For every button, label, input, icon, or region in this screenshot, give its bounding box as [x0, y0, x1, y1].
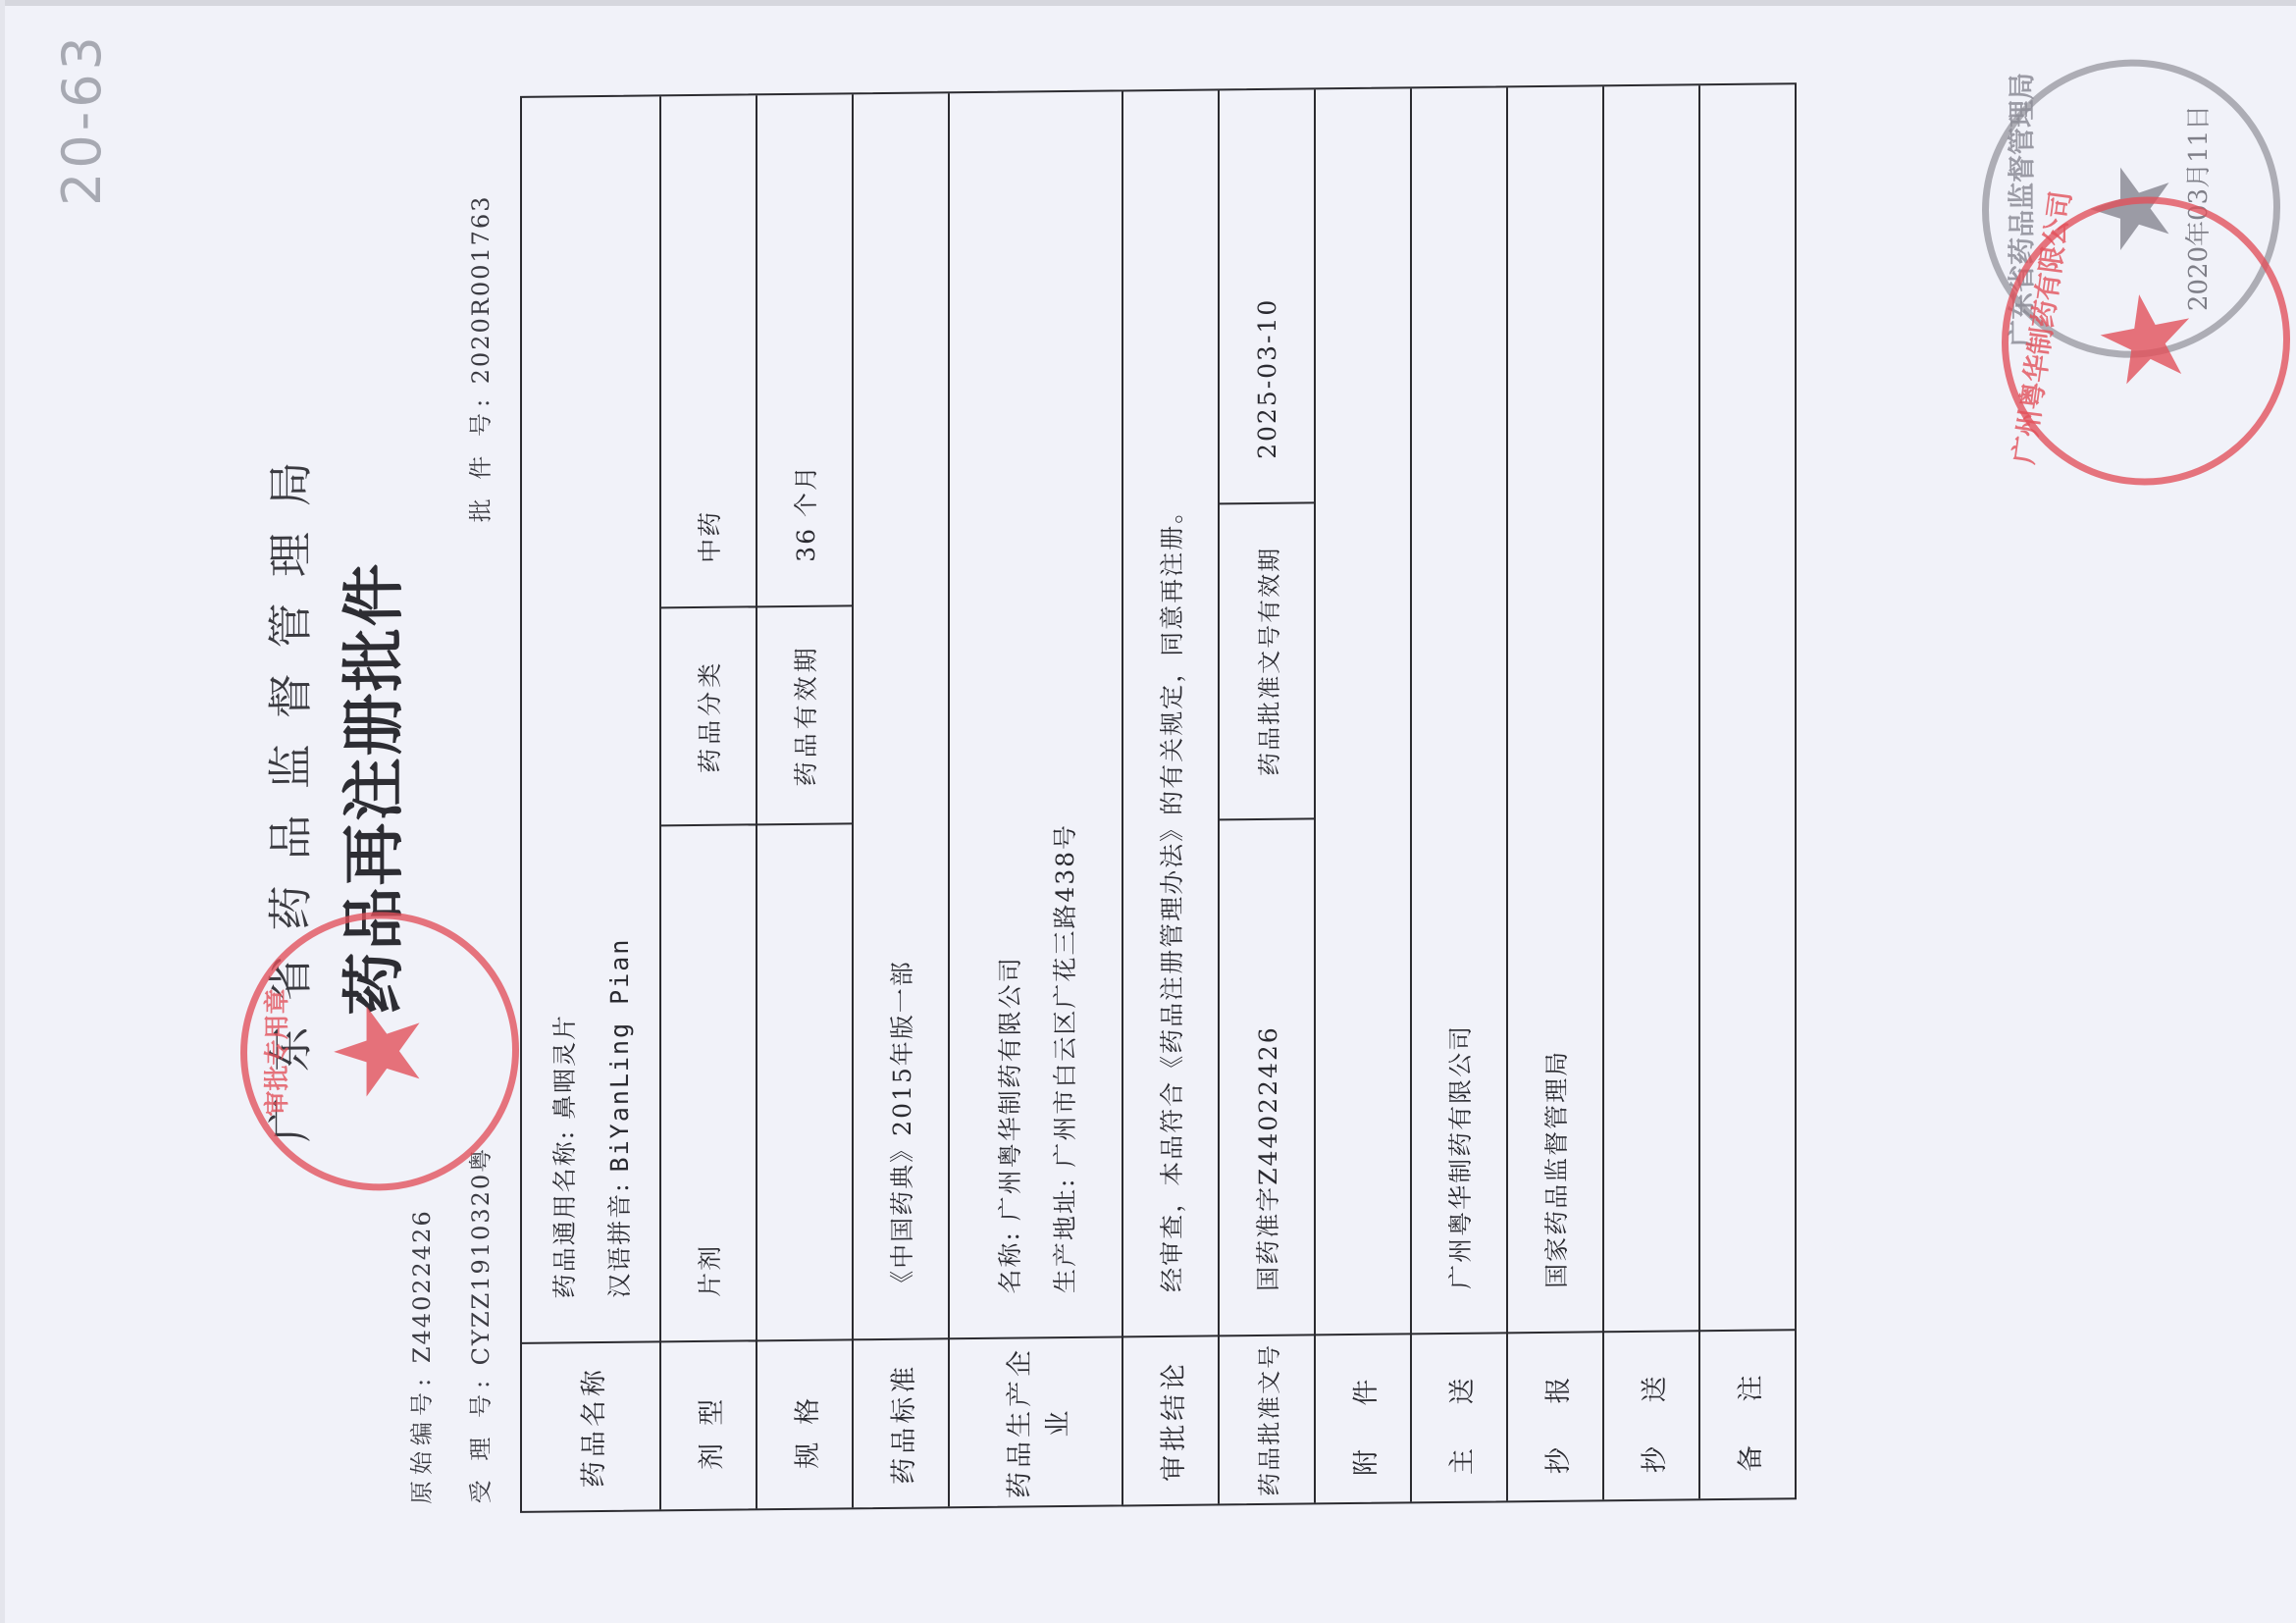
star-icon: ★: [2080, 281, 2212, 400]
row-copy-to: 抄 送: [1602, 85, 1698, 1499]
row-approval-doc: 药品批准文号 国药准字Z44022426 药品批准文号有效期 2025-03-1…: [1218, 89, 1314, 1503]
acceptance-number: CYZZ1910320粤: [467, 1147, 495, 1366]
manufacturer-name-label: 名称:: [996, 1230, 1024, 1294]
original-number: Z44022426: [408, 1209, 436, 1363]
pinyin: BiYanLing Pian: [605, 938, 634, 1173]
generic-name-label: 药品通用名称:: [550, 1129, 579, 1299]
label-approval-doc: 药品批准文号: [1220, 1334, 1314, 1503]
row-standard: 药品标准 《中国药典》2015年版一部: [852, 93, 948, 1507]
dosage-form-value: 片剂: [661, 823, 756, 1340]
approval-table: 药品名称 药品通用名称: 鼻咽灵片 汉语拼音: BiYanLing Pian 剂…: [520, 82, 1797, 1513]
manufacturer-name: 广州粤华制药有限公司: [996, 956, 1024, 1221]
conclusion-value: 经审查，本品符合《药品注册管理办法》的有关规定，同意再注册。: [1153, 91, 1188, 1292]
main-recipient-value: 广州粤华制药有限公司: [1441, 88, 1477, 1289]
scan-edge-left: [0, 0, 5, 1623]
label-dosage-form: 剂型: [661, 1339, 756, 1509]
generic-name: 鼻咽灵片: [550, 1014, 579, 1120]
specification-value: [757, 822, 852, 1339]
row-remarks: 备 注: [1698, 84, 1795, 1498]
approval-number: 2020R001763: [467, 194, 495, 384]
row-attachment: 附 件: [1314, 88, 1410, 1502]
manufacturer-address-label: 生产地址:: [1051, 1177, 1079, 1293]
original-number-label: 原始编号:: [408, 1373, 436, 1504]
approval-validity-value: 2025-03-10: [1220, 89, 1314, 502]
header-seal-text: 审批专用章: [257, 988, 293, 1116]
label-report-to: 抄 报: [1508, 1331, 1602, 1500]
scan-edge-top: [0, 0, 2296, 6]
shelf-life-value: 36 个月: [757, 94, 852, 605]
original-number-line: 原始编号: Z44022426: [402, 1209, 437, 1504]
label-remarks: 备 注: [1700, 1329, 1795, 1498]
issuing-agency: 广东省药品监督管理局: [255, 63, 320, 1516]
row-main-recipient: 主 送 广州粤华制药有限公司: [1410, 87, 1506, 1501]
label-main-recipient: 主 送: [1412, 1332, 1506, 1501]
handwritten-note: 20-63: [51, 32, 113, 206]
label-approval-validity: 药品批准文号有效期: [1220, 501, 1314, 818]
label-specification: 规格: [757, 1338, 852, 1508]
label-manufacturer: 药品生产企业: [950, 1335, 1122, 1506]
label-drug-name: 药品名称: [522, 1340, 659, 1510]
label-category: 药品分类: [661, 605, 756, 824]
acceptance-number-line: 受 理 号: CYZZ1910320粤: [461, 1147, 496, 1504]
label-shelf-life: 药品有效期: [757, 604, 852, 823]
category-value: 中药: [661, 95, 756, 606]
document-title: 药品再注册批件: [324, 62, 414, 1515]
row-report-to: 抄 报 国家药品监督管理局: [1506, 86, 1602, 1500]
label-copy-to: 抄 送: [1604, 1330, 1698, 1499]
row-drug-name: 药品名称 药品通用名称: 鼻咽灵片 汉语拼音: BiYanLing Pian: [522, 96, 659, 1510]
approval-doc-value: 国药准字Z44022426: [1220, 817, 1314, 1335]
pinyin-label: 汉语拼音:: [605, 1181, 634, 1298]
acceptance-number-label: 受 理 号:: [467, 1375, 495, 1504]
report-to-value: 国家药品监督管理局: [1538, 87, 1573, 1288]
label-conclusion: 审批结论: [1123, 1335, 1218, 1504]
row-specification: 规格 药品有效期 36 个月: [756, 94, 852, 1508]
row-manufacturer: 药品生产企业 名称: 广州粤华制药有限公司 生产地址: 广州市白云区广花三路43…: [948, 91, 1122, 1506]
label-attachment: 附 件: [1316, 1333, 1410, 1502]
row-conclusion: 审批结论 经审查，本品符合《药品注册管理办法》的有关规定，同意再注册。: [1122, 90, 1218, 1504]
star-icon: ★: [321, 998, 439, 1105]
label-standard: 药品标准: [854, 1337, 948, 1507]
row-dosage-form: 剂型 片剂 药品分类 中药: [659, 95, 756, 1509]
manufacturer-address: 广州市白云区广花三路438号: [1051, 823, 1079, 1168]
approval-document: 广东省药品监督管理局 药品再注册批件 原始编号: Z44022426 受 理 号…: [226, 43, 2227, 1516]
approval-number-label: 批 件 号:: [467, 393, 495, 523]
approval-number-line: 批 件 号: 2020R001763: [461, 194, 496, 522]
standard-value: 《中国药典》2015年版一部: [883, 94, 918, 1295]
